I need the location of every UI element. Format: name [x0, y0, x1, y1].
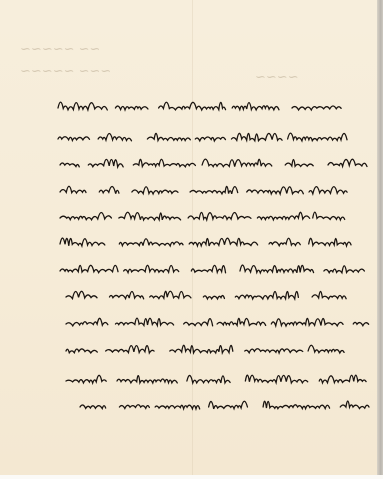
handwritten-line [58, 96, 358, 116]
scan-border [0, 475, 383, 479]
bleed-through-mark: ~~~ ~~~~~ [20, 64, 111, 79]
handwritten-line [80, 395, 370, 415]
handwritten-line [66, 312, 366, 332]
handwritten-line [60, 180, 360, 200]
handwritten-line [58, 127, 363, 147]
handwritten-line [66, 285, 361, 305]
bleed-through-mark: ~~~~ [255, 70, 299, 85]
handwritten-line [60, 232, 350, 252]
handwritten-line [60, 206, 352, 226]
page-edge-shadow [377, 0, 383, 479]
bleed-through-mark: ~~ ~~~~~ [20, 42, 100, 57]
handwritten-line [60, 259, 360, 279]
handwritten-line [66, 369, 366, 389]
handwritten-line [66, 339, 341, 359]
handwritten-line [60, 153, 365, 173]
